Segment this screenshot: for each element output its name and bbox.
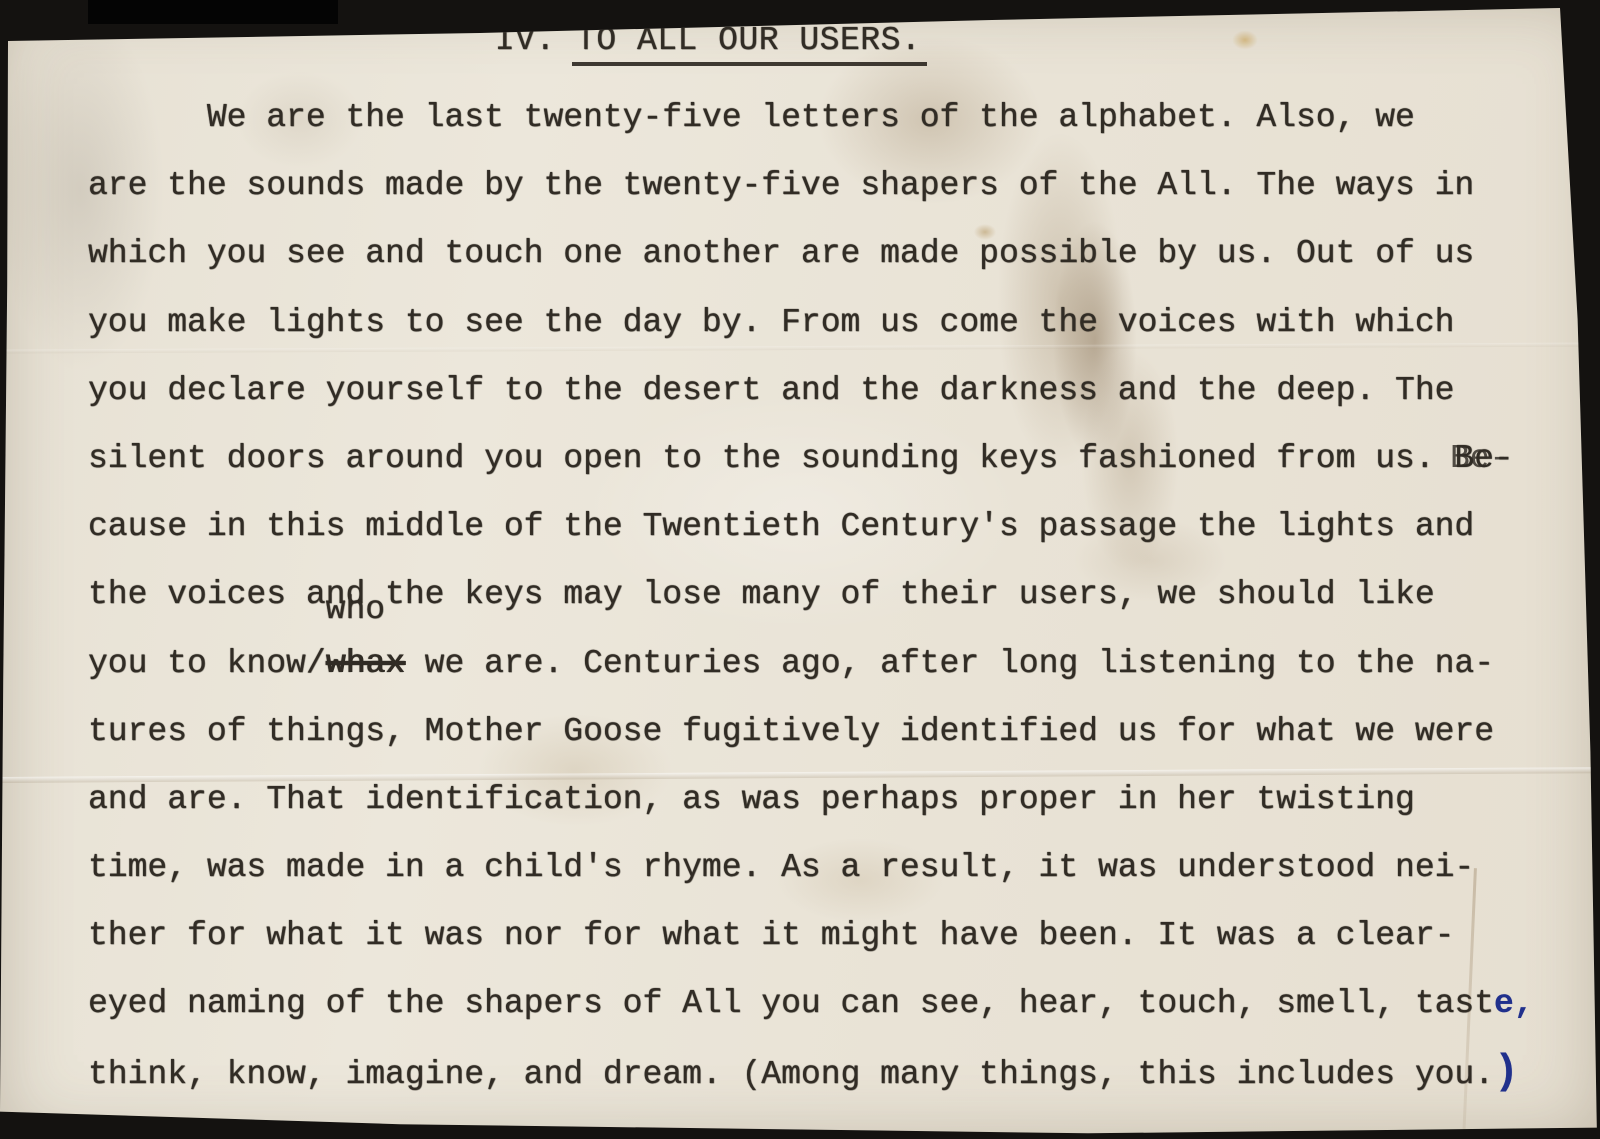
typed-line: you to know/whaxwho we are. Centuries ag…: [88, 630, 1548, 698]
typed-text-run: think, know, imagine, and dream. (Among …: [88, 1056, 1494, 1093]
typed-text: are the sounds made by the twenty-five s…: [88, 152, 1474, 220]
section-number: IV.: [495, 22, 576, 59]
handwritten-correction-text: e,: [1494, 985, 1534, 1022]
typed-line: you declare yourself to the desert and t…: [88, 357, 1548, 425]
typed-line: which you see and touch one another are …: [88, 220, 1548, 288]
overtyped-word: Be-: [1454, 425, 1513, 493]
typed-line: you make lights to see the day by. From …: [88, 289, 1548, 357]
typed-line: eyed naming of the shapers of All you ca…: [88, 970, 1548, 1038]
typed-text: which you see and touch one another are …: [88, 220, 1474, 288]
struck-word: whaxwho: [326, 630, 405, 698]
handwritten-paren: ): [1494, 1039, 1519, 1109]
typed-text-run: ther for what it was nor for what it mig…: [88, 917, 1454, 954]
typed-text-run: silent doors around you open to the soun…: [88, 440, 1454, 477]
typed-text-run: you to know/: [88, 645, 326, 682]
typed-text: you declare yourself to the desert and t…: [88, 357, 1454, 425]
typewritten-page: IV. TO ALL OUR USERS. We are the last tw…: [0, 0, 1600, 1139]
typed-text: We are the last twenty-five letters of t…: [88, 84, 1415, 152]
typed-text-run: time, was made in a child's rhyme. As a …: [88, 849, 1474, 886]
typed-text: time, was made in a child's rhyme. As a …: [88, 834, 1474, 902]
typed-text-run: cause in this middle of the Twentieth Ce…: [88, 508, 1474, 545]
typed-text-run: which you see and touch one another are …: [88, 235, 1474, 272]
typed-line: ther for what it was nor for what it mig…: [88, 902, 1548, 970]
typed-text-run: the voices and the keys may lose many of…: [88, 576, 1435, 613]
typed-text: eyed naming of the shapers of All you ca…: [88, 970, 1494, 1038]
typed-line: the voices and the keys may lose many of…: [88, 561, 1548, 629]
typed-line: are the sounds made by the twenty-five s…: [88, 152, 1548, 220]
typed-text: you to know/: [88, 630, 326, 698]
typed-text: you make lights to see the day by. From …: [88, 289, 1454, 357]
typed-text-run: you make lights to see the day by. From …: [88, 304, 1454, 341]
typed-text: the voices and the keys may lose many of…: [88, 561, 1435, 629]
typed-text-run: eyed naming of the shapers of All you ca…: [88, 985, 1494, 1022]
typed-line: think, know, imagine, and dream. (Among …: [88, 1039, 1548, 1107]
typed-line: cause in this middle of the Twentieth Ce…: [88, 493, 1548, 561]
typed-line: tures of things, Mother Goose fugitively…: [88, 698, 1548, 766]
section-title: TO ALL OUR USERS.: [572, 22, 927, 66]
typed-text: cause in this middle of the Twentieth Ce…: [88, 493, 1474, 561]
typed-line: time, was made in a child's rhyme. As a …: [88, 834, 1548, 902]
typed-text-run: you declare yourself to the desert and t…: [88, 372, 1454, 409]
overtyped-word-text: Be-: [1454, 440, 1513, 477]
typed-text: we are. Centuries ago, after long listen…: [405, 630, 1494, 698]
typed-body: We are the last twenty-five letters of t…: [88, 84, 1548, 1107]
typed-text: ther for what it was nor for what it mig…: [88, 902, 1454, 970]
typed-text: tures of things, Mother Goose fugitively…: [88, 698, 1494, 766]
typed-line: We are the last twenty-five letters of t…: [88, 84, 1548, 152]
typed-line: and are. That identification, as was per…: [88, 766, 1548, 834]
inserted-word: who: [326, 593, 385, 626]
typed-text: silent doors around you open to the soun…: [88, 425, 1454, 493]
section-heading: IV. TO ALL OUR USERS.: [0, 22, 1508, 59]
struck-word-text: whax: [326, 645, 405, 682]
typed-text: think, know, imagine, and dream. (Among …: [88, 1041, 1494, 1109]
typed-text-run: are the sounds made by the twenty-five s…: [88, 167, 1474, 204]
typed-line: silent doors around you open to the soun…: [88, 425, 1548, 493]
typed-text-run: and are. That identification, as was per…: [88, 781, 1415, 818]
typed-text: and are. That identification, as was per…: [88, 766, 1415, 834]
handwritten-correction: e,: [1494, 970, 1534, 1038]
typed-text-run: We are the last twenty-five letters of t…: [88, 99, 1415, 136]
handwritten-paren-text: ): [1494, 1050, 1519, 1096]
photo-frame-strip: [88, 0, 338, 24]
typed-text-run: we are. Centuries ago, after long listen…: [405, 645, 1494, 682]
typed-text-run: tures of things, Mother Goose fugitively…: [88, 713, 1494, 750]
